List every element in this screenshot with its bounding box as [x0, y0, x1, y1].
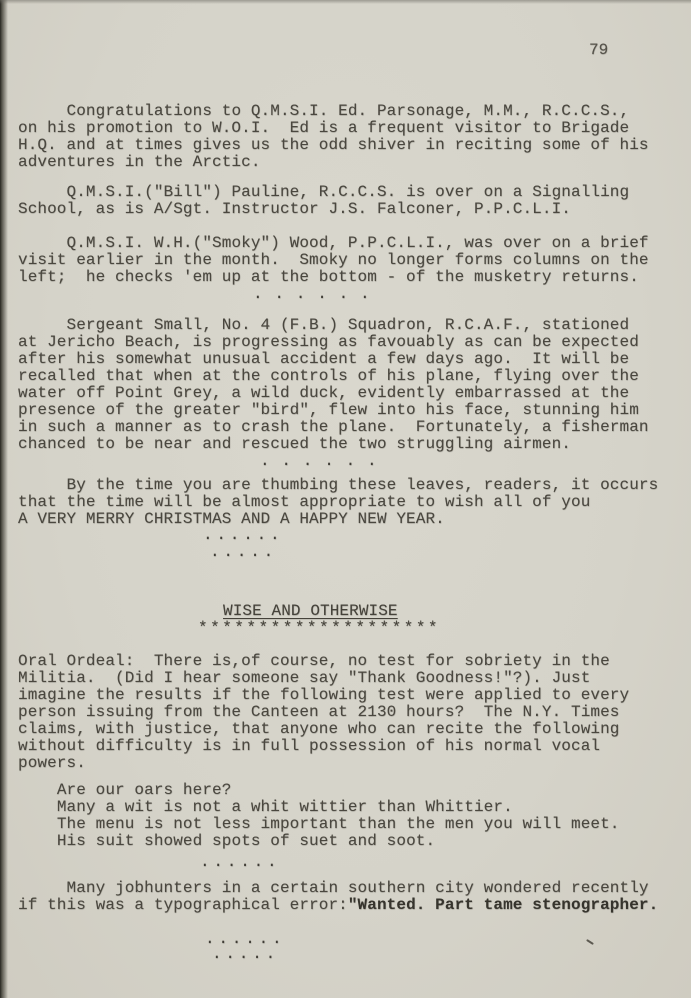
paragraph-oral-ordeal: Oral Ordeal: There is,of course, no test… [18, 653, 683, 772]
dots-separator: . . . . . [212, 947, 683, 962]
paragraph-sergeant-small-accident: Sergeant Small, No. 4 (F.B.) Squadron, R… [18, 317, 683, 453]
paragraph-smoky-wood: Q.M.S.I. W.H.("Smoky") Wood, P.P.C.L.I.,… [18, 235, 683, 286]
paragraph-pauline-signalling: Q.M.S.I.("Bill") Pauline, R.C.C.S. is ov… [18, 184, 683, 218]
page-number: 79 [589, 42, 608, 59]
dots-separator: . . . . . . [260, 453, 683, 470]
dots-separator: . . . . . [210, 545, 683, 560]
page-content: Congratulations to Q.M.S.I. Ed. Parsonag… [18, 103, 683, 962]
scan-edge-top [0, 0, 691, 4]
sobriety-test-lines: Are our oars here? Many a wit is not a w… [18, 782, 683, 850]
scan-edge-left [0, 0, 8, 998]
dots-separator: . . . . . . [253, 286, 683, 303]
paragraph-jobhunters: Many jobhunters in a certain southern ci… [18, 880, 683, 914]
dots-separator: . . . . . . [200, 854, 683, 871]
jobhunters-wanted-ad-text: "Wanted. Part tame stenographer. [348, 896, 658, 914]
asterisk-rule: ******************** [198, 620, 683, 637]
dots-separator: . . . . . . [205, 932, 683, 947]
section-title-wise-and-otherwise: WISE AND OTHERWISE [223, 603, 683, 620]
paragraph-christmas-wish: By the time you are thumbing these leave… [18, 477, 683, 528]
paragraph-parsonage-congratulations: Congratulations to Q.M.S.I. Ed. Parsonag… [18, 103, 683, 171]
dots-separator: . . . . . . [203, 528, 683, 543]
scanned-document-page: 79 Congratulations to Q.M.S.I. Ed. Parso… [0, 0, 691, 998]
